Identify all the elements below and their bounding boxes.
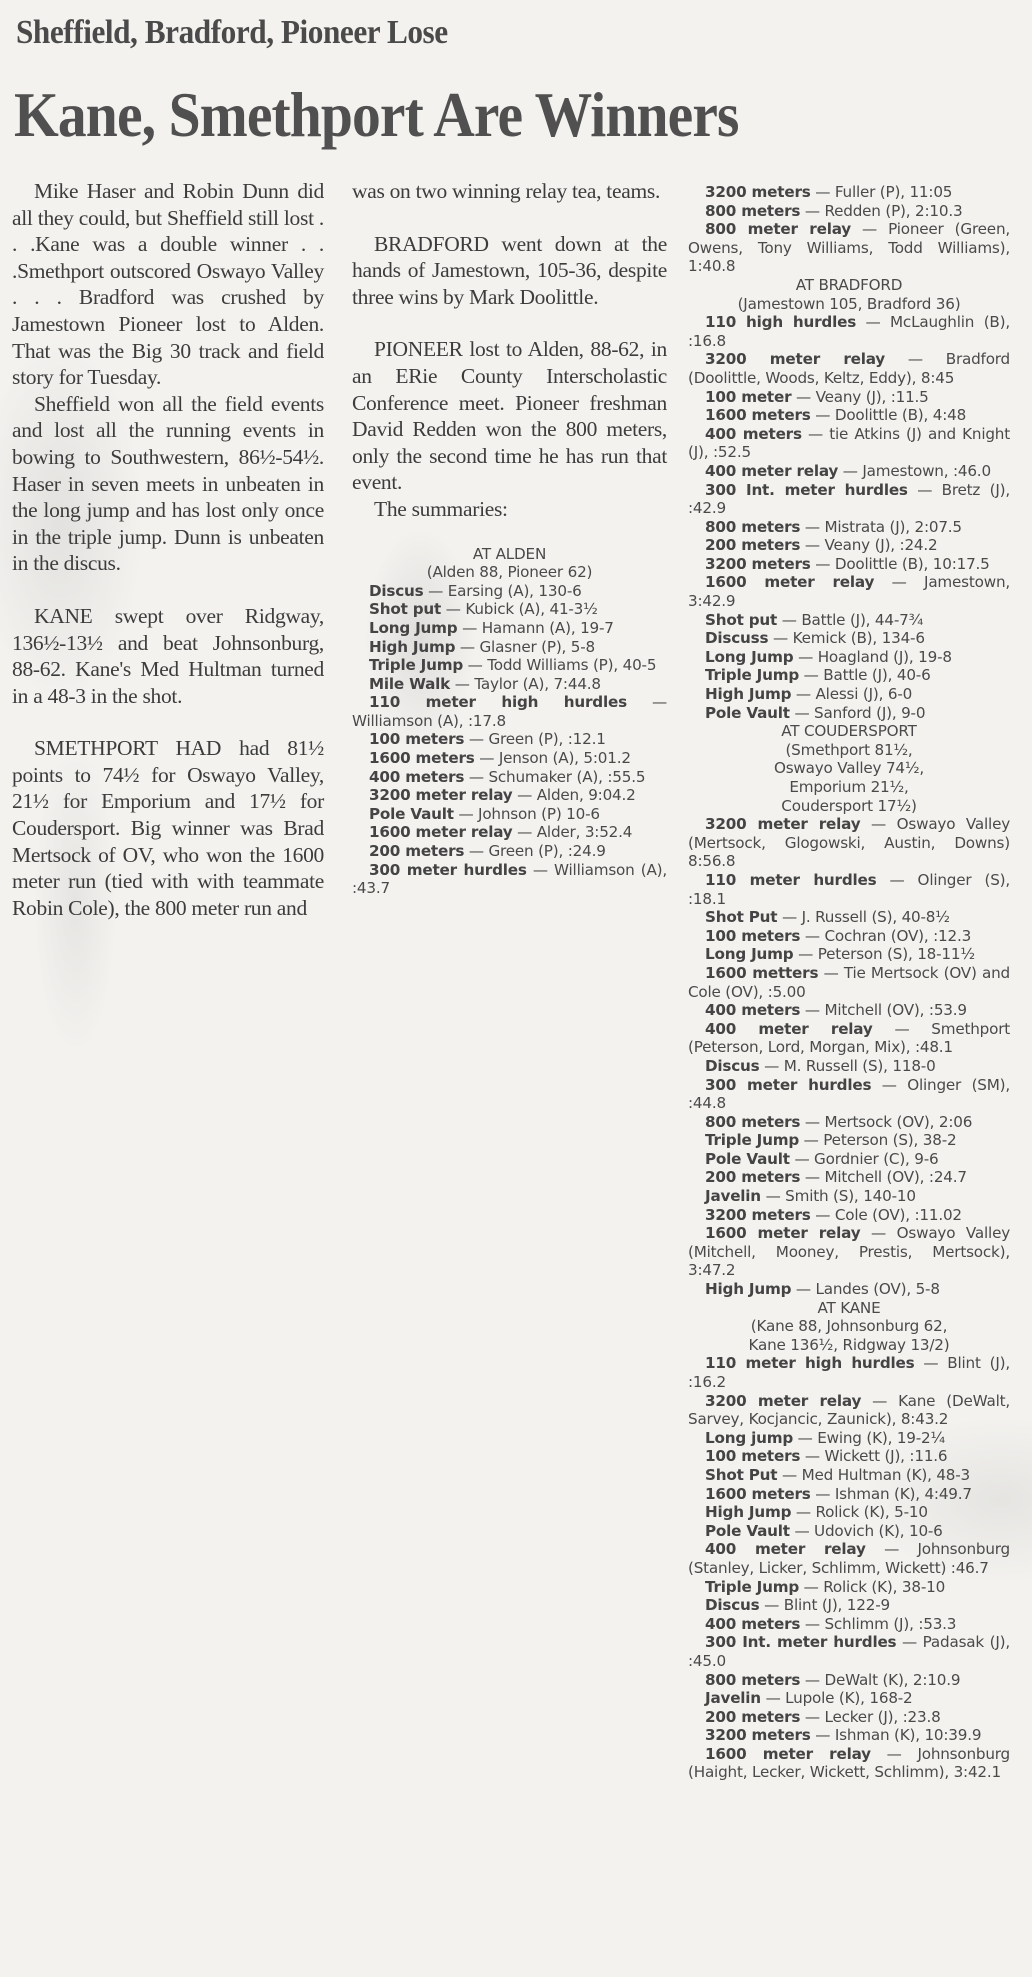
event-name: 400 meter relay — [705, 1020, 873, 1038]
event-name: Shot Put — [705, 1466, 777, 1484]
event-name: Triple Jump — [705, 1578, 799, 1596]
event-name: High Jump — [369, 638, 455, 656]
event-name: 400 meters — [705, 425, 802, 443]
event-name: 110 high hurdles — [705, 313, 856, 331]
event-name: Discus — [705, 1596, 760, 1614]
result-item: 100 meters — Cochran (OV), :12.3 — [688, 927, 1010, 946]
event-name: 300 meter hurdles — [369, 861, 527, 879]
event-name: 400 meter relay — [705, 1540, 866, 1558]
result-item: 1600 meter relay — Jamestown, 3:42.9 — [688, 573, 1010, 610]
event-result: — Redden (P), 2:10.3 — [800, 202, 962, 220]
event-name: Long Jump — [705, 945, 793, 963]
event-name: Triple Jump — [705, 1131, 799, 1149]
result-item: High Jump — Landes (OV), 5-8 — [688, 1280, 1010, 1299]
event-result: — Alder, 3:52.4 — [513, 823, 633, 841]
results-list: 110 meter high hurdles — Blint (J), :16.… — [688, 1354, 1010, 1782]
event-name: 200 meters — [705, 1168, 800, 1186]
result-item: 200 meters — Lecker (J), :23.8 — [688, 1708, 1010, 1727]
summary-score: Kane 136½, Ridgway 13/2) — [688, 1336, 1010, 1355]
event-name: 1600 meters — [369, 749, 475, 767]
event-name: High Jump — [705, 1280, 791, 1298]
event-result: — Med Hultman (K), 48-3 — [777, 1466, 970, 1484]
summary-heading: AT BRADFORD — [688, 276, 1010, 295]
event-result: — Ishman (K), 4:49.7 — [811, 1485, 972, 1503]
event-name: 100 meters — [705, 927, 800, 945]
event-name: 3200 meter relay — [705, 350, 885, 368]
paragraph-kane: KANE swept over Ridgway, 136½-13½ and be… — [12, 603, 324, 709]
result-item: Shot Put — Med Hultman (K), 48-3 — [688, 1466, 1010, 1485]
event-name: 3200 meter relay — [705, 815, 860, 833]
event-name: 300 Int. meter hurdles — [705, 1633, 896, 1651]
event-name: Discus — [705, 1057, 760, 1075]
event-result: — Alden, 9:04.2 — [513, 786, 636, 804]
results-list: 110 high hurdles — McLaughlin (B), :16.8… — [688, 313, 1010, 722]
event-name: 800 meter relay — [705, 220, 851, 238]
result-item: 400 meter relay — Jamestown, :46.0 — [688, 462, 1010, 481]
result-item: 800 meters — Mistrata (J), 2:07.5 — [688, 518, 1010, 537]
result-item: 110 meter hurdles — Olinger (S), :18.1 — [688, 871, 1010, 908]
result-item: Discuss — Kemick (B), 134-6 — [688, 629, 1010, 648]
event-result: — Schlimm (J), :53.3 — [800, 1615, 956, 1633]
event-result: — DeWalt (K), 2:10.9 — [800, 1671, 960, 1689]
event-name: 800 meters — [705, 518, 800, 536]
result-item: 3200 meters — Fuller (P), 11:05 — [688, 183, 1010, 202]
event-result: — Battle (J), 40-6 — [799, 666, 931, 684]
result-item: 3200 meters — Doolittle (B), 10:17.5 — [688, 555, 1010, 574]
result-item: 300 Int. meter hurdles — Padasak (J), :4… — [688, 1633, 1010, 1670]
paragraph-bradford: BRADFORD went down at the hands of James… — [352, 231, 667, 311]
event-name: 800 meters — [705, 202, 800, 220]
result-item: 200 meters — Veany (J), :24.2 — [688, 536, 1010, 555]
result-item: 3200 meter relay — Alden, 9:04.2 — [352, 786, 667, 805]
summary-score: (Alden 88, Pioneer 62) — [352, 563, 667, 582]
paragraph-relay-continued: was on two winning relay tea, teams. — [352, 178, 667, 205]
summary-heading: AT ALDEN — [352, 545, 667, 564]
event-result: — Hamann (A), 19-7 — [457, 619, 613, 637]
result-item: Shot Put — J. Russell (S), 40-8½ — [688, 908, 1010, 927]
event-result: — Peterson (S), 18-11½ — [793, 945, 974, 963]
result-item: Triple Jump — Rolick (K), 38-10 — [688, 1578, 1010, 1597]
result-item: Pole Vault — Sanford (J), 9-0 — [688, 704, 1010, 723]
summary-heading: AT COUDERSPORT — [688, 722, 1010, 741]
event-name: 400 meters — [705, 1615, 800, 1633]
event-result: — Lecker (J), :23.8 — [800, 1708, 940, 1726]
result-item: High Jump — Glasner (P), 5-8 — [352, 638, 667, 657]
event-result: — Wickett (J), :11.6 — [800, 1447, 947, 1465]
event-name: Javelin — [705, 1689, 761, 1707]
event-result: — Jamestown, :46.0 — [838, 462, 991, 480]
event-name: 300 Int. meter hurdles — [705, 481, 908, 499]
event-result: — Alessi (J), 6-0 — [791, 685, 912, 703]
event-result: — Kubick (A), 41-3½ — [441, 600, 598, 618]
result-item: 200 meters — Mitchell (OV), :24.7 — [688, 1168, 1010, 1187]
event-name: 3200 meter relay — [705, 1392, 861, 1410]
event-result: — Sanford (J), 9-0 — [790, 704, 926, 722]
summary-alden: AT ALDEN (Alden 88, Pioneer 62) Discus —… — [352, 545, 667, 898]
event-name: 100 meters — [705, 1447, 800, 1465]
result-item: Shot put — Kubick (A), 41-3½ — [352, 600, 667, 619]
event-result: — Mitchell (OV), :24.7 — [800, 1168, 967, 1186]
main-headline: Kane, Smethport Are Winners — [14, 78, 739, 152]
event-name: Shot put — [705, 611, 777, 629]
result-item: 100 meters — Green (P), :12.1 — [352, 730, 667, 749]
summary-heading: AT KANE — [688, 1299, 1010, 1318]
event-name: 3200 meters — [705, 183, 811, 201]
event-name: High Jump — [705, 685, 791, 703]
event-name: Long Jump — [705, 648, 793, 666]
result-item: Pole Vault — Udovich (K), 10-6 — [688, 1522, 1010, 1541]
result-item: 1600 meter relay — Oswayo Valley (Mitche… — [688, 1224, 1010, 1280]
result-item: 1600 meters — Jenson (A), 5:01.2 — [352, 749, 667, 768]
event-name: High Jump — [705, 1503, 791, 1521]
event-name: Triple Jump — [705, 666, 799, 684]
result-item: 3200 meter relay — Oswayo Valley (Mertso… — [688, 815, 1010, 871]
event-result: — Green (P), :24.9 — [464, 842, 605, 860]
event-name: 400 meters — [369, 768, 464, 786]
result-item: 800 meters — Mertsock (OV), 2:06 — [688, 1113, 1010, 1132]
summary-coudersport: AT COUDERSPORT (Smethport 81½, Oswayo Va… — [688, 722, 1010, 1298]
result-item: 1600 meters — Ishman (K), 4:49.7 — [688, 1485, 1010, 1504]
result-item: Long Jump — Peterson (S), 18-11½ — [688, 945, 1010, 964]
result-item: 300 meter hurdles — Williamson (A), :43.… — [352, 861, 667, 898]
result-item: 800 meter relay — Pioneer (Green, Owens,… — [688, 220, 1010, 276]
event-result: — Mistrata (J), 2:07.5 — [800, 518, 962, 536]
event-result: — Doolittle (B), 10:17.5 — [811, 555, 990, 573]
paragraph-smethport: SMETHPORT HAD had 81½ points to 74½ for … — [12, 735, 324, 921]
event-result: — Cole (OV), :11.02 — [811, 1206, 962, 1224]
event-name: 100 meters — [369, 730, 464, 748]
result-item: 400 meters — Schumaker (A), :55.5 — [352, 768, 667, 787]
result-item: Pole Vault — Gordnier (C), 9-6 — [688, 1150, 1010, 1169]
event-name: Pole Vault — [705, 1150, 790, 1168]
result-item: Shot put — Battle (J), 44-7¾ — [688, 611, 1010, 630]
event-name: Pole Vault — [705, 1522, 790, 1540]
result-item: Triple Jump — Todd Williams (P), 40-5 — [352, 656, 667, 675]
event-name: 400 meters — [705, 1001, 800, 1019]
event-result: — Landes (OV), 5-8 — [791, 1280, 940, 1298]
event-result: — Schumaker (A), :55.5 — [464, 768, 645, 786]
event-result: — Hoagland (J), 19-8 — [793, 648, 951, 666]
paragraph-intro: Mike Haser and Robin Dunn did all they c… — [12, 178, 324, 391]
event-result: — Peterson (S), 38-2 — [799, 1131, 956, 1149]
summary-score: Oswayo Valley 74½, — [688, 759, 1010, 778]
event-name: 200 meters — [705, 536, 800, 554]
result-item: Long Jump — Hamann (A), 19-7 — [352, 619, 667, 638]
result-item: Mile Walk — Taylor (A), 7:44.8 — [352, 675, 667, 694]
column-3: 3200 meters — Fuller (P), 11:05800 meter… — [688, 183, 1010, 1782]
event-name: 3200 meters — [705, 1206, 811, 1224]
result-item: Long jump — Ewing (K), 19-2¼ — [688, 1429, 1010, 1448]
column-2: was on two winning relay tea, teams. BRA… — [352, 178, 667, 898]
event-name: Mile Walk — [369, 675, 450, 693]
event-result: — Mertsock (OV), 2:06 — [800, 1113, 972, 1131]
result-item: Triple Jump — Battle (J), 40-6 — [688, 666, 1010, 685]
event-result: — Blint (J), 122-9 — [760, 1596, 890, 1614]
event-result: — Smith (S), 140-10 — [761, 1187, 916, 1205]
result-item: Discus — M. Russell (S), 118-0 — [688, 1057, 1010, 1076]
event-result: — Ewing (K), 19-2¼ — [793, 1429, 945, 1447]
summary-score: (Smethport 81½, — [688, 741, 1010, 760]
event-result: — Taylor (A), 7:44.8 — [450, 675, 601, 693]
event-result: — Green (P), :12.1 — [464, 730, 605, 748]
event-name: 1600 meter relay — [705, 1224, 860, 1242]
event-name: Discus — [369, 582, 424, 600]
result-item: 100 meters — Wickett (J), :11.6 — [688, 1447, 1010, 1466]
event-name: Shot Put — [705, 908, 777, 926]
event-result: — M. Russell (S), 118-0 — [760, 1057, 936, 1075]
result-item: 400 meters — Mitchell (OV), :53.9 — [688, 1001, 1010, 1020]
result-item: 400 meters — Schlimm (J), :53.3 — [688, 1615, 1010, 1634]
event-name: 3200 meters — [705, 1726, 811, 1744]
event-name: Javelin — [705, 1187, 761, 1205]
result-item: 300 meter hurdles — Olinger (SM), :44.8 — [688, 1076, 1010, 1113]
event-result: — Gordnier (C), 9-6 — [790, 1150, 939, 1168]
summary-score: Emporium 21½, — [688, 778, 1010, 797]
result-item: 1600 metters — Tie Mertsock (OV) and Col… — [688, 964, 1010, 1001]
event-result: — Johnson (P) 10-6 — [454, 805, 600, 823]
event-name: Shot put — [369, 600, 441, 618]
result-item: 3200 meter relay — Kane (DeWalt, Sarvey,… — [688, 1392, 1010, 1429]
event-result: — Jenson (A), 5:01.2 — [475, 749, 631, 767]
column-1: Mike Haser and Robin Dunn did all they c… — [12, 178, 324, 921]
event-result: — Udovich (K), 10-6 — [790, 1522, 943, 1540]
paragraph-sheffield: Sheffield won all the field events and l… — [12, 391, 324, 577]
event-name: 400 meter relay — [705, 462, 838, 480]
result-item: Long Jump — Hoagland (J), 19-8 — [688, 648, 1010, 667]
event-name: Pole Vault — [705, 704, 790, 722]
event-name: Long Jump — [369, 619, 457, 637]
results-list: 3200 meter relay — Oswayo Valley (Mertso… — [688, 815, 1010, 1298]
result-item: High Jump — Alessi (J), 6-0 — [688, 685, 1010, 704]
event-name: Pole Vault — [369, 805, 454, 823]
result-item: Javelin — Lupole (K), 168-2 — [688, 1689, 1010, 1708]
result-item: 800 meters — DeWalt (K), 2:10.9 — [688, 1671, 1010, 1690]
event-result: — Rolick (K), 5-10 — [791, 1503, 928, 1521]
result-item: Pole Vault — Johnson (P) 10-6 — [352, 805, 667, 824]
event-name: 1600 meter relay — [369, 823, 513, 841]
summary-score: Coudersport 17½) — [688, 797, 1010, 816]
event-name: 200 meters — [705, 1708, 800, 1726]
event-result: — Ishman (K), 10:39.9 — [811, 1726, 982, 1744]
event-name: 1600 meter relay — [705, 1745, 871, 1763]
event-result: — Earsing (A), 130-6 — [424, 582, 582, 600]
result-item: 1600 meter relay — Johnsonburg (Haight, … — [688, 1745, 1010, 1782]
result-item: 300 Int. meter hurdles — Bretz (J), :42.… — [688, 481, 1010, 518]
event-result: — Cochran (OV), :12.3 — [800, 927, 971, 945]
paragraph-pioneer: PIONEER lost to Alden, 88-62, in an ERie… — [352, 336, 667, 496]
event-name: 300 meter hurdles — [705, 1076, 871, 1094]
event-result: — Battle (J), 44-7¾ — [777, 611, 923, 629]
event-result: — Kemick (B), 134-6 — [768, 629, 924, 647]
summary-score: (Kane 88, Johnsonburg 62, — [688, 1317, 1010, 1336]
event-result: — Glasner (P), 5-8 — [455, 638, 595, 656]
summaries-label: The summaries: — [352, 496, 667, 523]
event-result: — Rolick (K), 38-10 — [799, 1578, 945, 1596]
event-name: Long jump — [705, 1429, 793, 1447]
event-name: 1600 meter relay — [705, 573, 874, 591]
result-item: 3200 meter relay — Bradford (Doolittle, … — [688, 350, 1010, 387]
results-list: Discus — Earsing (A), 130-6Shot put — Ku… — [352, 582, 667, 898]
event-result: — Veany (J), :24.2 — [800, 536, 937, 554]
result-item: Triple Jump — Peterson (S), 38-2 — [688, 1131, 1010, 1150]
event-name: 1600 meters — [705, 1485, 811, 1503]
result-item: Discus — Earsing (A), 130-6 — [352, 582, 667, 601]
result-item: 100 meter — Veany (J), :11.5 — [688, 388, 1010, 407]
result-item: 200 meters — Green (P), :24.9 — [352, 842, 667, 861]
event-name: 110 meter hurdles — [705, 871, 876, 889]
event-name: 200 meters — [369, 842, 464, 860]
event-name: 800 meters — [705, 1113, 800, 1131]
result-item: High Jump — Rolick (K), 5-10 — [688, 1503, 1010, 1522]
event-name: 800 meters — [705, 1671, 800, 1689]
result-item: 110 meter high hurdles — Blint (J), :16.… — [688, 1354, 1010, 1391]
event-result: — Lupole (K), 168-2 — [761, 1689, 913, 1707]
result-item: 110 meter high hurdles — Williamson (A),… — [352, 693, 667, 730]
summary-score: (Jamestown 105, Bradford 36) — [688, 295, 1010, 314]
event-name: 110 meter high hurdles — [705, 1354, 914, 1372]
result-item: 400 meter relay — Johnsonburg (Stanley, … — [688, 1540, 1010, 1577]
event-name: 3200 meters — [705, 555, 811, 573]
event-name: 100 meter — [705, 388, 791, 406]
result-item: 3200 meters — Ishman (K), 10:39.9 — [688, 1726, 1010, 1745]
event-name: 110 meter high hurdles — [369, 693, 627, 711]
kicker-headline: Sheffield, Bradford, Pioneer Lose — [16, 14, 448, 52]
event-result: — Veany (J), :11.5 — [791, 388, 928, 406]
summary-alden-continued: 3200 meters — Fuller (P), 11:05800 meter… — [688, 183, 1010, 276]
event-name: Triple Jump — [369, 656, 463, 674]
event-name: 3200 meter relay — [369, 786, 513, 804]
event-result: — Doolittle (B), 4:48 — [811, 406, 967, 424]
result-item: 3200 meters — Cole (OV), :11.02 — [688, 1206, 1010, 1225]
result-item: Discus — Blint (J), 122-9 — [688, 1596, 1010, 1615]
summary-bradford: AT BRADFORD (Jamestown 105, Bradford 36)… — [688, 276, 1010, 722]
event-result: — Mitchell (OV), :53.9 — [800, 1001, 967, 1019]
result-item: 110 high hurdles — McLaughlin (B), :16.8 — [688, 313, 1010, 350]
results-list: 3200 meters — Fuller (P), 11:05800 meter… — [688, 183, 1010, 276]
result-item: 1600 meter relay — Alder, 3:52.4 — [352, 823, 667, 842]
result-item: 400 meters — tie Atkins (J) and Knight (… — [688, 425, 1010, 462]
result-item: Javelin — Smith (S), 140-10 — [688, 1187, 1010, 1206]
event-name: Discuss — [705, 629, 768, 647]
result-item: 1600 meters — Doolittle (B), 4:48 — [688, 406, 1010, 425]
event-result: — J. Russell (S), 40-8½ — [777, 908, 949, 926]
result-item: 800 meters — Redden (P), 2:10.3 — [688, 202, 1010, 221]
event-name: 1600 meters — [705, 406, 811, 424]
summary-kane: AT KANE (Kane 88, Johnsonburg 62, Kane 1… — [688, 1299, 1010, 1782]
event-name: 1600 metters — [705, 964, 818, 982]
result-item: 400 meter relay — Smethport (Peterson, L… — [688, 1020, 1010, 1057]
event-result: — Todd Williams (P), 40-5 — [463, 656, 656, 674]
event-result: — Fuller (P), 11:05 — [811, 183, 953, 201]
